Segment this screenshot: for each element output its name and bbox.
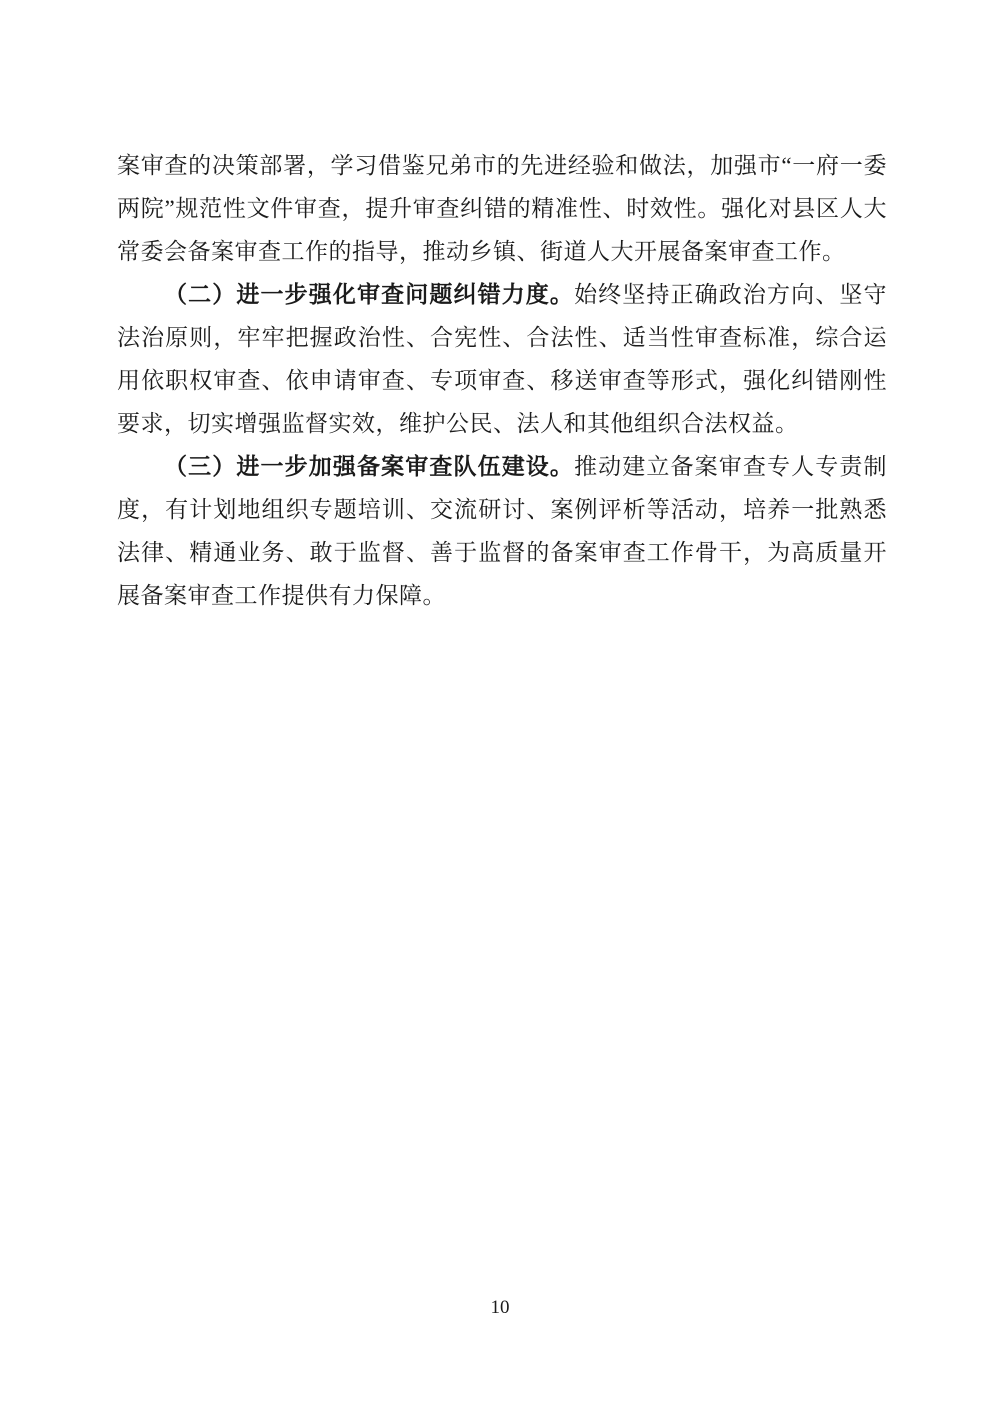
paragraph-text: 案审查的决策部署，学习借鉴兄弟市的先进经验和做法，加强市“一府一委两院”规范性文… xyxy=(117,153,887,264)
paragraph-heading: （二）进一步强化审查问题纠错力度。 xyxy=(164,282,574,307)
paragraph-continuation: 案审查的决策部署，学习借鉴兄弟市的先进经验和做法，加强市“一府一委两院”规范性文… xyxy=(117,144,887,273)
paragraph-heading: （三）进一步加强备案审查队伍建设。 xyxy=(164,454,574,479)
document-body: 案审查的决策部署，学习借鉴兄弟市的先进经验和做法，加强市“一府一委两院”规范性文… xyxy=(117,144,887,617)
paragraph-item-2: （二）进一步强化审查问题纠错力度。始终坚持正确政治方向、坚守法治原则，牢牢把握政… xyxy=(117,273,887,445)
page-number: 10 xyxy=(0,1297,1000,1319)
paragraph-item-3: （三）进一步加强备案审查队伍建设。推动建立备案审查专人专责制度，有计划地组织专题… xyxy=(117,445,887,617)
document-page: 案审查的决策部署，学习借鉴兄弟市的先进经验和做法，加强市“一府一委两院”规范性文… xyxy=(0,0,1000,1415)
